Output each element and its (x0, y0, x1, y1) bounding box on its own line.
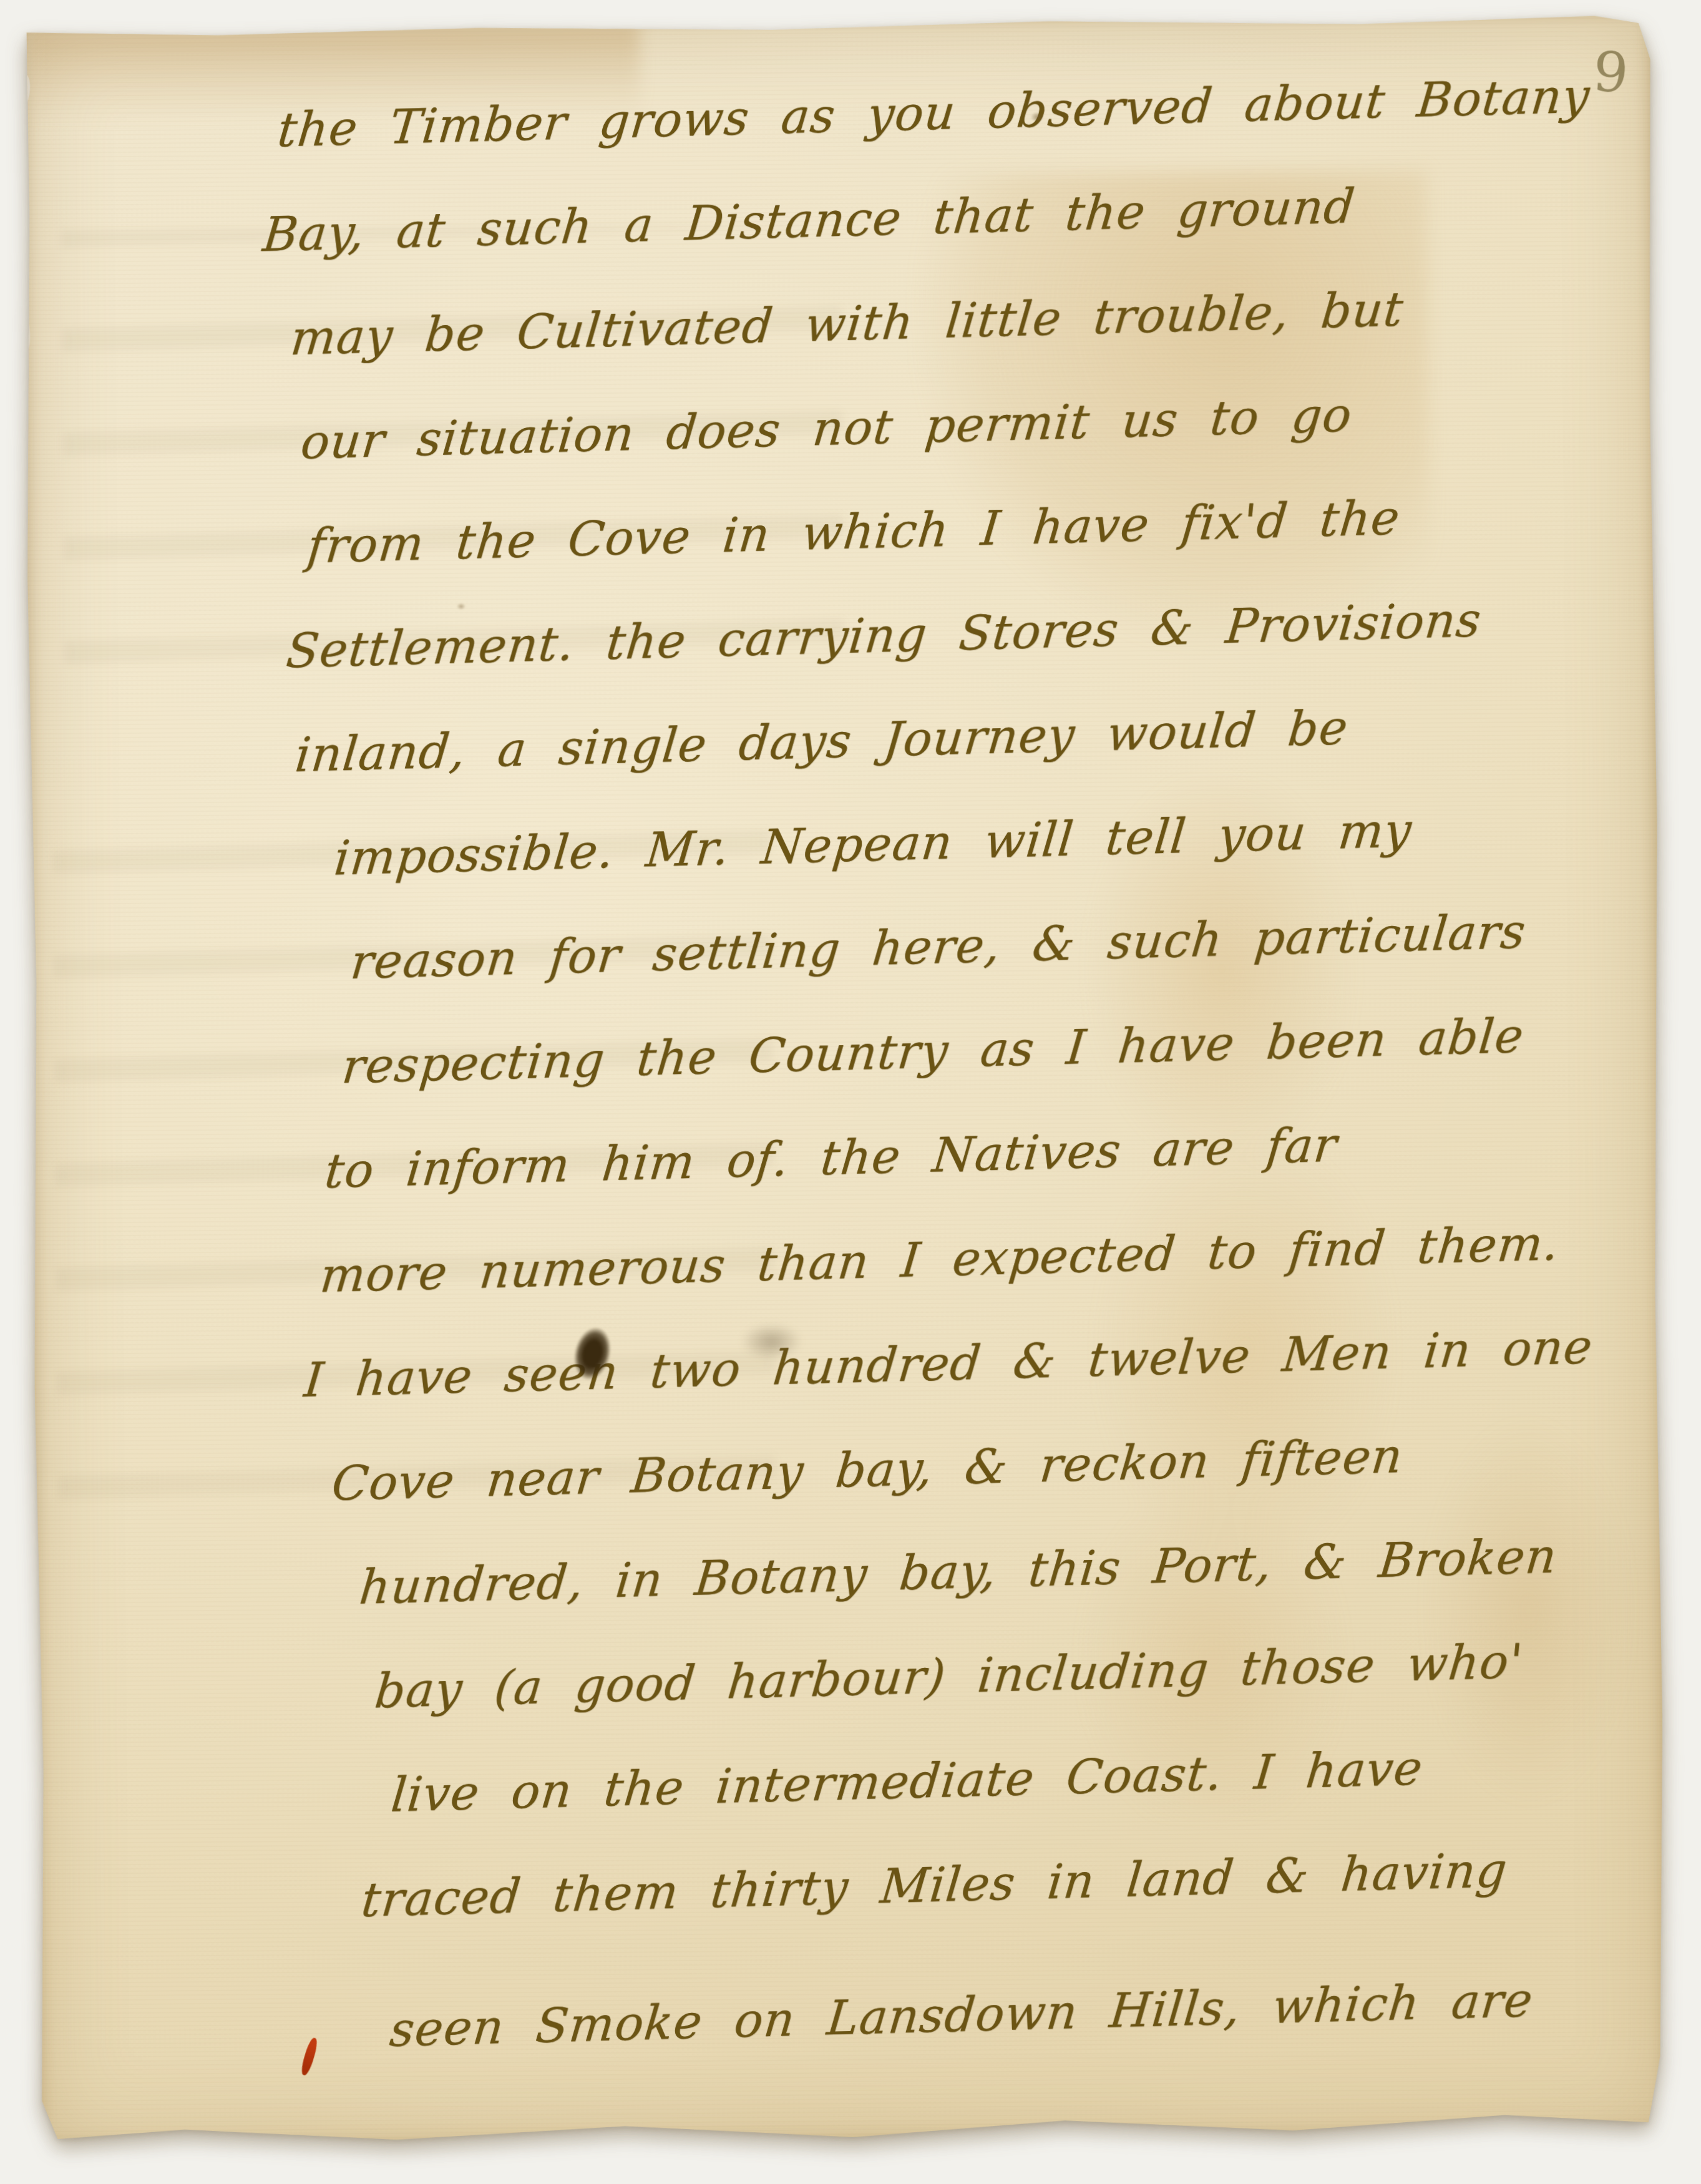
torn-edge-nick (14, 73, 32, 110)
ink-speck (1029, 110, 1045, 123)
torn-edge-nick (23, 835, 32, 866)
torn-edge-nick (16, 307, 32, 352)
scanned-letter: 9 the Timber grows as you observed about… (0, 0, 1701, 2184)
page-number: 9 (1591, 39, 1630, 105)
letter-body: the Timber grows as you observed about B… (259, 44, 1621, 2084)
ink-smudge (731, 1317, 812, 1366)
manuscript-line: seen Smoke on Lansdown Hills, which are (385, 1945, 1625, 2082)
manuscript-page: 9 the Timber grows as you observed about… (22, 12, 1669, 2154)
ink-speck (456, 602, 467, 611)
manuscript-page-wrap: 9 the Timber grows as you observed about… (22, 12, 1669, 2154)
